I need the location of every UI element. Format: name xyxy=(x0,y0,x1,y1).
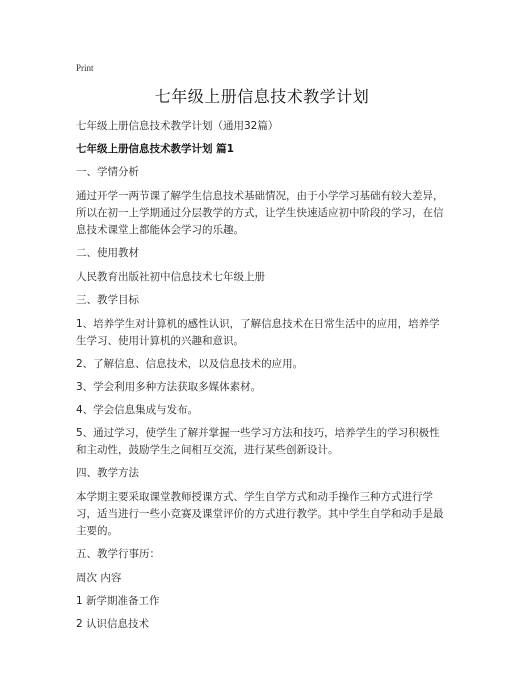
goal-item: 2、了解信息、信息技术，以及信息技术的应用。 xyxy=(76,356,448,373)
section-body-student-analysis: 通过开学一两节课了解学生信息技术基础情况，由于小学学习基础有较大差异，所以在初一… xyxy=(76,188,448,239)
section-heading-schedule: 五、教学行事历： xyxy=(76,546,448,563)
schedule-row: 2 认识信息技术 xyxy=(76,616,448,633)
document-title: 七年级上册信息技术教学计划 xyxy=(76,86,448,108)
section-heading-student-analysis: 一、学情分析 xyxy=(76,164,448,181)
goal-item: 5、通过学习，使学生了解并掌握一些学习方法和技巧，培养学生的学习积极性和主动性，… xyxy=(76,425,448,459)
section-heading-textbook: 二、使用教材 xyxy=(76,245,448,262)
goal-item: 1、培养学生对计算机的感性认识，了解信息技术在日常生活中的应用，培养学生学习、使… xyxy=(76,316,448,350)
goal-item: 4、学会信息集成与发布。 xyxy=(76,402,448,419)
section-heading-teaching-methods: 四、教学方法 xyxy=(76,465,448,482)
section-body-textbook: 人民教育出版社初中信息技术七年级上册 xyxy=(76,269,448,286)
schedule-row: 1 新学期准备工作 xyxy=(76,593,448,610)
section-body-teaching-methods: 本学期主要采取课堂教师授课方式、学生自学方式和动手操作三种方式进行学习，适当进行… xyxy=(76,489,448,540)
print-link[interactable]: Print xyxy=(76,62,448,74)
document-page: Print 七年级上册信息技术教学计划 七年级上册信息技术教学计划（通用32篇）… xyxy=(76,62,448,639)
section-heading-teaching-goals: 三、教学目标 xyxy=(76,292,448,309)
chapter-heading: 七年级上册信息技术教学计划 篇1 xyxy=(76,141,448,158)
schedule-header: 周次 内容 xyxy=(76,570,448,587)
document-subtitle: 七年级上册信息技术教学计划（通用32篇） xyxy=(76,118,448,135)
goal-item: 3、学会利用多种方法获取多媒体素材。 xyxy=(76,379,448,396)
